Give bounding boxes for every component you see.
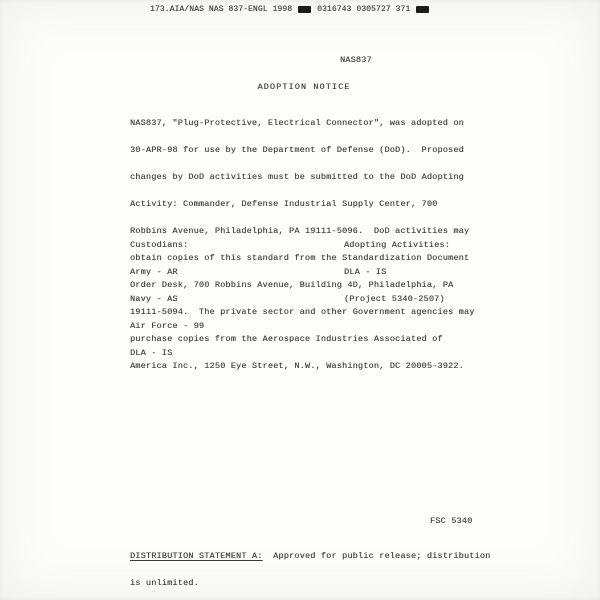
body-line: NAS837, "Plug-Protective, Electrical Con…: [130, 119, 475, 128]
custodian-item: Navy - AS: [130, 295, 204, 304]
custodians-section: Custodians: Army - AR Navy - AS Air Forc…: [130, 223, 204, 376]
adopting-item: (Project 5340-2507): [344, 295, 450, 304]
barcode-block-icon: [298, 6, 311, 13]
custodian-item: Army - AR: [130, 268, 204, 277]
body-line: changes by DoD activities must be submit…: [130, 173, 475, 182]
distribution-statement: DISTRIBUTION STATEMENT A: Approved for p…: [130, 534, 490, 600]
doc-number: NAS837: [340, 56, 372, 65]
distribution-text: Approved for public release; distributio…: [263, 551, 491, 561]
distribution-line-2: is unlimited.: [130, 579, 490, 588]
custodian-item: Air Force - 99: [130, 322, 204, 331]
distribution-line-1: DISTRIBUTION STATEMENT A: Approved for p…: [130, 552, 490, 561]
adopting-activities-section: Adopting Activities: DLA - IS (Project 5…: [344, 223, 450, 322]
adopting-heading: Adopting Activities:: [344, 241, 450, 250]
scanned-document-page: 173.AIA/NAS NAS 837-ENGL 1998 0316743 03…: [0, 0, 600, 600]
body-line: Activity: Commander, Defense Industrial …: [130, 200, 475, 209]
fsc-code: FSC 5340: [430, 517, 472, 526]
page-title: ADOPTION NOTICE: [130, 83, 478, 92]
adopting-item: DLA - IS: [344, 268, 450, 277]
scan-catalog-header: 173.AIA/NAS NAS 837-ENGL 1998 0316743 03…: [150, 5, 435, 14]
distribution-label: DISTRIBUTION STATEMENT A:: [130, 551, 263, 561]
custodian-item: DLA - IS: [130, 349, 204, 358]
barcode-block-icon: [416, 6, 429, 13]
body-line: 30-APR-98 for use by the Department of D…: [130, 146, 475, 155]
custodians-heading: Custodians:: [130, 241, 204, 250]
catalog-number-text: 173.AIA/NAS NAS 837-ENGL 1998: [150, 5, 292, 14]
document-code-text: 0316743 0305727 371: [317, 5, 410, 14]
